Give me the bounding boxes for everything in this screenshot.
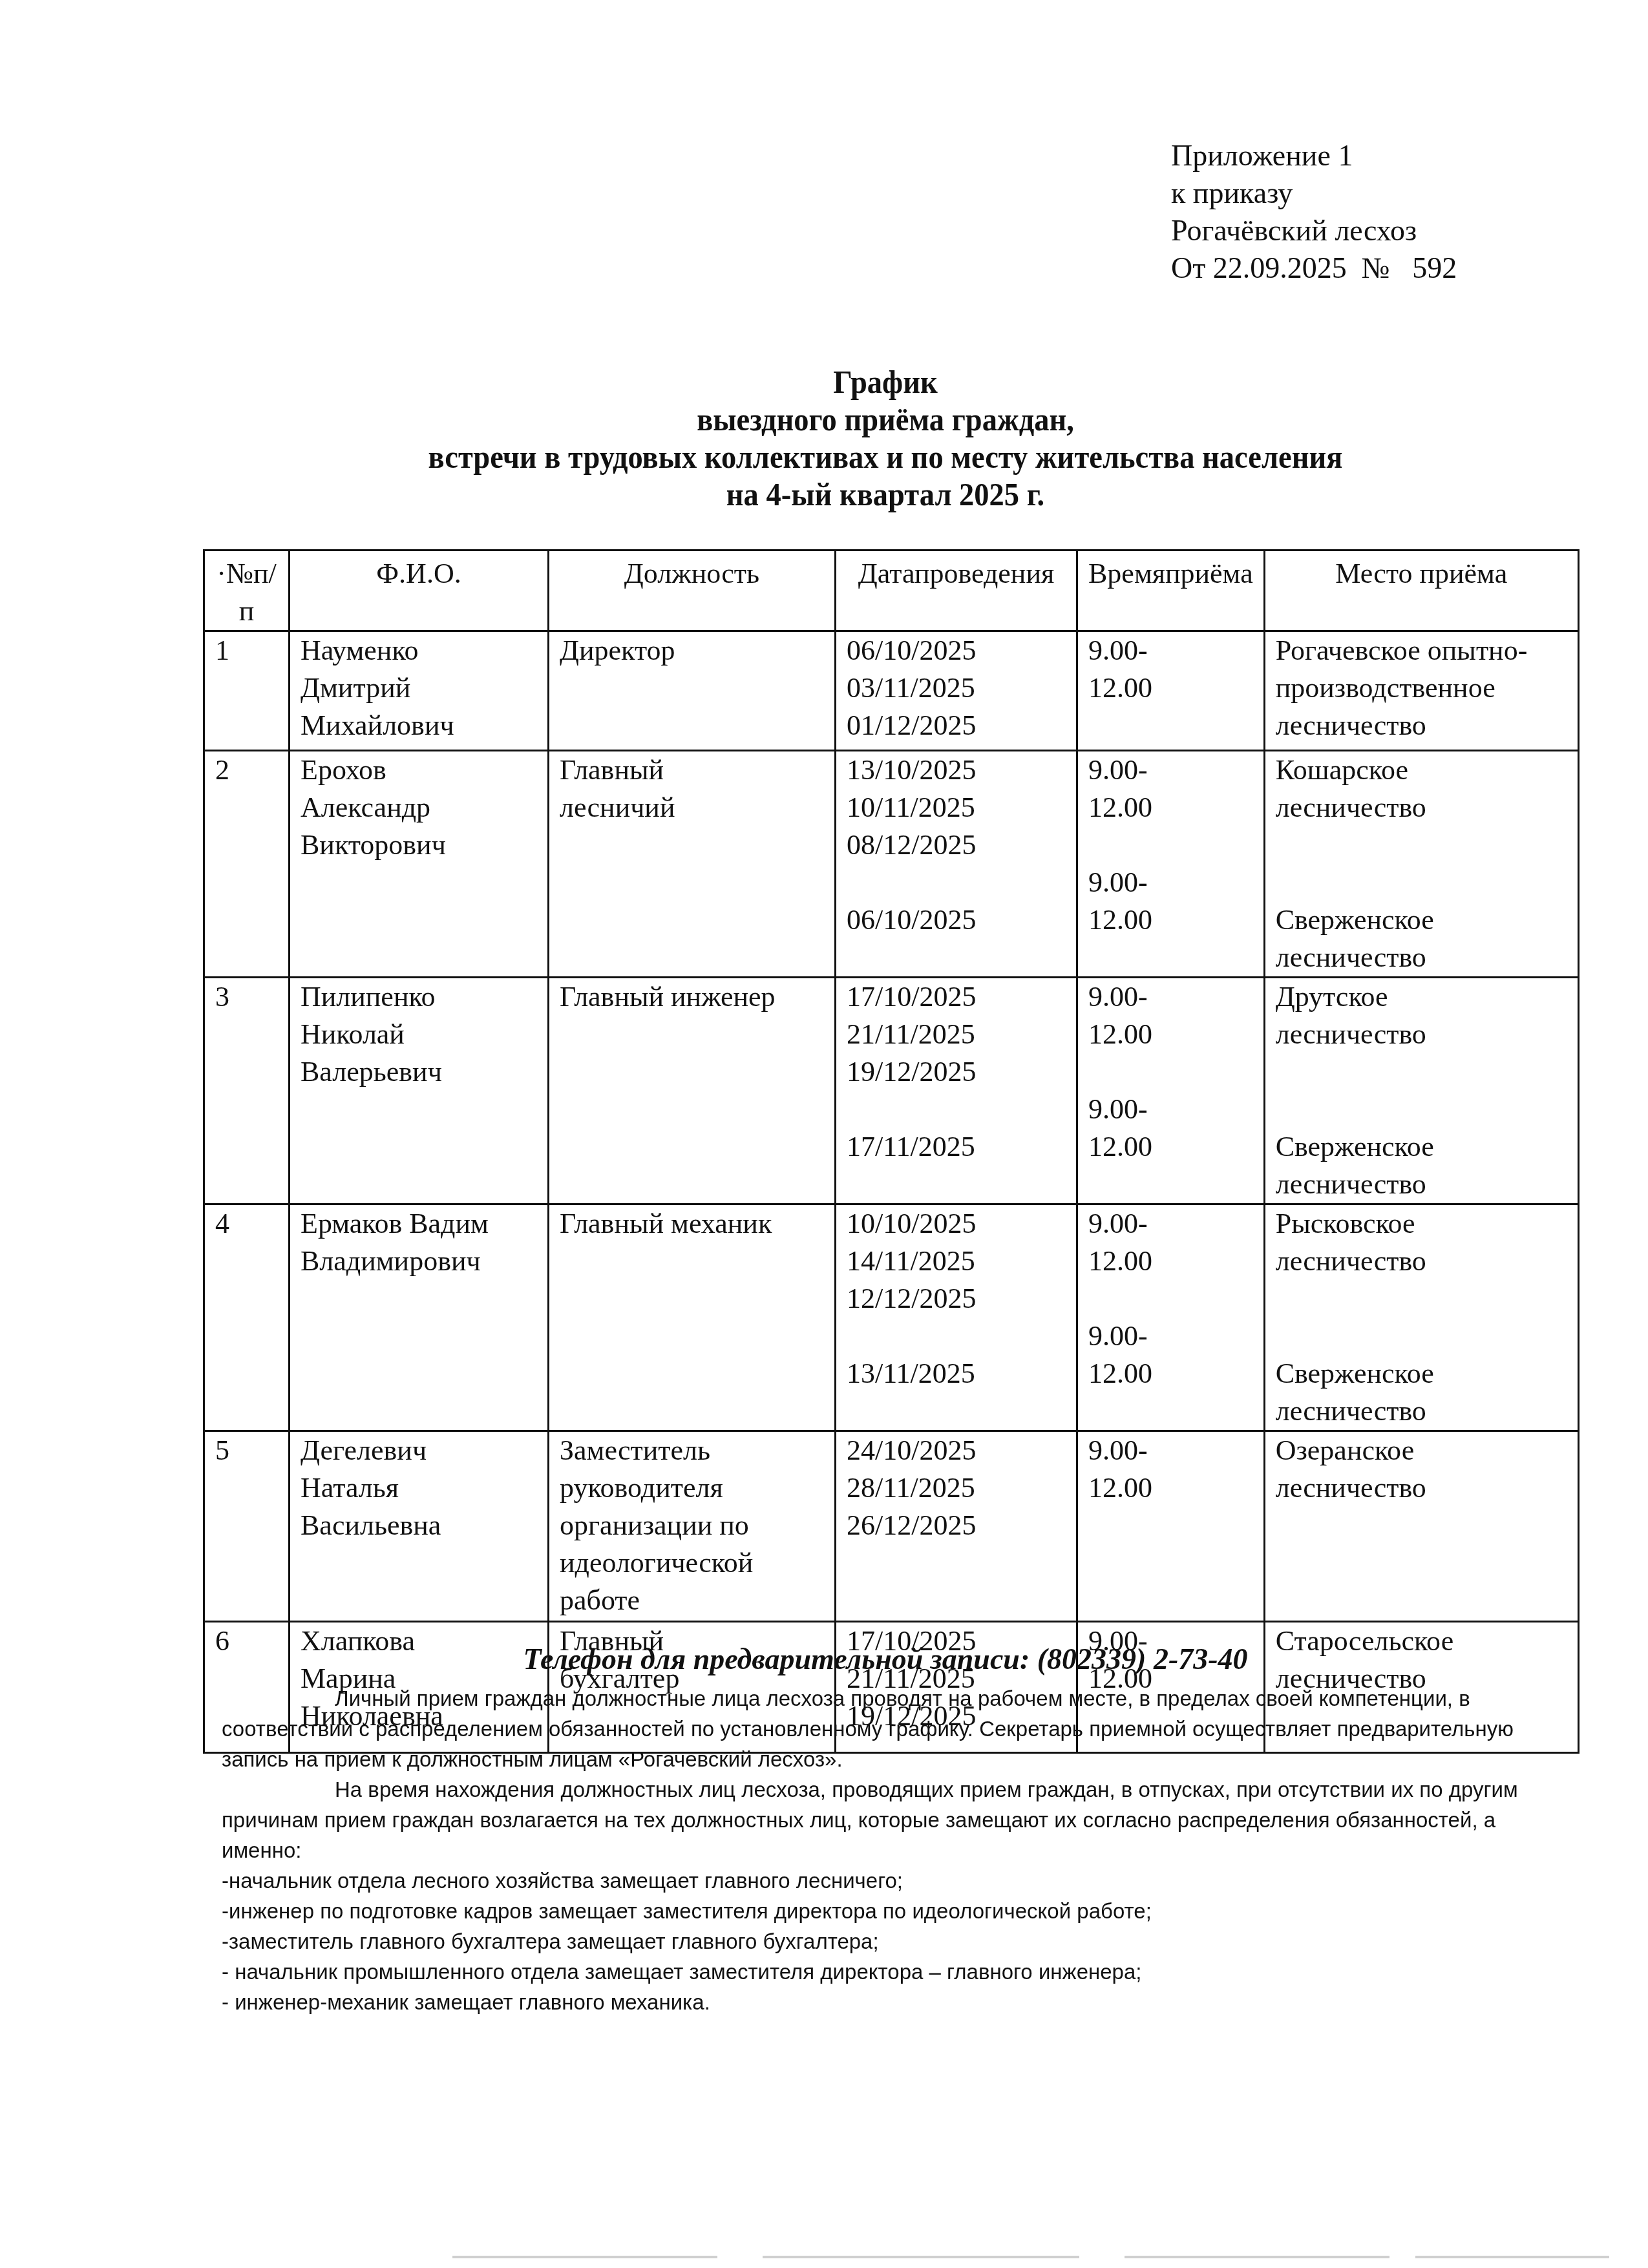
annex-reference: к приказу bbox=[1171, 174, 1457, 212]
time-value: 9.00- bbox=[1088, 1432, 1253, 1469]
spacer bbox=[1088, 1280, 1253, 1318]
time-value: 9.00- bbox=[1088, 751, 1253, 789]
title-line-2: выездного приёма граждан, bbox=[242, 401, 1528, 438]
cell-place: Озеранскоелесничество bbox=[1264, 1431, 1578, 1622]
header-position: Должность bbox=[549, 551, 836, 631]
cell-time: 9.00-12.009.00-12.00 bbox=[1077, 1204, 1265, 1431]
position-line: Директор bbox=[560, 632, 824, 669]
header-text: Ф.И.О. bbox=[376, 558, 461, 589]
date-value: 06/10/2025 bbox=[847, 632, 1066, 669]
document-title: График выездного приёма граждан, встречи… bbox=[242, 363, 1528, 513]
spacer bbox=[1276, 1053, 1567, 1091]
name-line: Дегелевич bbox=[301, 1432, 537, 1469]
place-line: Рогачевское опытно- bbox=[1276, 632, 1567, 669]
scan-artifact bbox=[1125, 2256, 1389, 2258]
table-body: 1НауменкоДмитрийМихайловичДиректор06/10/… bbox=[204, 631, 1579, 1753]
substitution-item: -заместитель главного бухгалтера замещае… bbox=[222, 1926, 1572, 1957]
name-line: Викторович bbox=[301, 826, 537, 864]
cell-number: 5 bbox=[204, 1431, 290, 1622]
spacer bbox=[847, 1091, 1066, 1128]
name-line: Васильевна bbox=[301, 1507, 537, 1544]
table-row: 5ДегелевичНатальяВасильевнаЗаместительру… bbox=[204, 1431, 1579, 1622]
spacer bbox=[1276, 864, 1567, 901]
date-value: 06/10/2025 bbox=[847, 901, 1066, 939]
position-line: работе bbox=[560, 1582, 824, 1619]
cell-full-name: ПилипенкоНиколайВалерьевич bbox=[290, 978, 549, 1204]
place-line: лесничество bbox=[1276, 1392, 1567, 1430]
header-text: Должность bbox=[624, 558, 759, 589]
cell-dates: 17/10/202521/11/202519/12/202517/11/2025 bbox=[836, 978, 1077, 1204]
cell-number: 1 bbox=[204, 631, 290, 751]
date-value: 28/11/2025 bbox=[847, 1469, 1066, 1507]
place-line: лесничество bbox=[1276, 1166, 1567, 1203]
time-value: 9.00- bbox=[1088, 1205, 1253, 1243]
date-value: 17/11/2025 bbox=[847, 1128, 1066, 1166]
header-time: Времяприёма bbox=[1077, 551, 1265, 631]
table-header-row: ·№п/п Ф.И.О. Должность Датапроведения Вр… bbox=[204, 551, 1579, 631]
cell-full-name: НауменкоДмитрийМихайлович bbox=[290, 631, 549, 751]
place-line: Сверженское bbox=[1276, 1355, 1567, 1392]
cell-number: 4 bbox=[204, 1204, 290, 1431]
time-value: 12.00 bbox=[1088, 1469, 1253, 1507]
position-line: Главный инженер bbox=[560, 978, 824, 1016]
notes-paragraph-1: Личный прием граждан должностные лица ле… bbox=[222, 1683, 1572, 1774]
date-value: 24/10/2025 bbox=[847, 1432, 1066, 1469]
date-value: 12/12/2025 bbox=[847, 1280, 1066, 1318]
time-value: 12.00 bbox=[1088, 1355, 1253, 1392]
time-value: 12.00 bbox=[1088, 901, 1253, 939]
time-value: 12.00 bbox=[1088, 1243, 1253, 1280]
header-text: Время bbox=[1088, 558, 1165, 589]
position-line: Заместитель bbox=[560, 1432, 824, 1469]
position-line: Главный bbox=[560, 751, 824, 789]
date-value: 17/10/2025 bbox=[847, 978, 1066, 1016]
spacer bbox=[1088, 826, 1253, 864]
place-line: Рысковское bbox=[1276, 1205, 1567, 1243]
cell-position: Главный механик bbox=[549, 1204, 836, 1431]
cell-full-name: ЕроховАлександрВикторович bbox=[290, 751, 549, 978]
position-line: руководителя bbox=[560, 1469, 824, 1507]
notes-section: Личный прием граждан должностные лица ле… bbox=[222, 1683, 1572, 2017]
date-value: 13/10/2025 bbox=[847, 751, 1066, 789]
header-number: ·№п/п bbox=[204, 551, 290, 631]
name-line: Владимирович bbox=[301, 1243, 537, 1280]
time-value: 12.00 bbox=[1088, 669, 1253, 707]
schedule-table: ·№п/п Ф.И.О. Должность Датапроведения Вр… bbox=[203, 549, 1579, 1754]
place-line: Сверженское bbox=[1276, 1128, 1567, 1166]
time-value: 9.00- bbox=[1088, 1318, 1253, 1355]
name-line: Валерьевич bbox=[301, 1053, 537, 1091]
substitution-item: - начальник промышленного отдела замещае… bbox=[222, 1957, 1572, 1987]
spacer bbox=[847, 1318, 1066, 1355]
name-line: Науменко bbox=[301, 632, 537, 669]
header-text: проведения bbox=[914, 558, 1054, 589]
spacer bbox=[1276, 1091, 1567, 1128]
time-value: 9.00- bbox=[1088, 978, 1253, 1016]
cell-time: 9.00-12.009.00-12.00 bbox=[1077, 978, 1265, 1204]
time-value: 9.00- bbox=[1088, 1091, 1253, 1128]
cell-number: 3 bbox=[204, 978, 290, 1204]
spacer bbox=[1276, 1318, 1567, 1355]
position-line: Главный механик bbox=[560, 1205, 824, 1243]
table-row: 1НауменкоДмитрийМихайловичДиректор06/10/… bbox=[204, 631, 1579, 751]
cell-place: Рогачевское опытно-производственноелесни… bbox=[1264, 631, 1578, 751]
row-number: 1 bbox=[215, 632, 278, 669]
cell-dates: 24/10/202528/11/202526/12/2025 bbox=[836, 1431, 1077, 1622]
cell-number: 2 bbox=[204, 751, 290, 978]
name-line: Пилипенко bbox=[301, 978, 537, 1016]
annex-header: Приложение 1 к приказу Рогачёвский лесхо… bbox=[1171, 137, 1457, 287]
spacer bbox=[1276, 826, 1567, 864]
annex-organization: Рогачёвский лесхоз bbox=[1171, 212, 1457, 249]
header-date: Датапроведения bbox=[836, 551, 1077, 631]
place-line: Друтское bbox=[1276, 978, 1567, 1016]
date-value: 14/11/2025 bbox=[847, 1243, 1066, 1280]
scan-artifact bbox=[763, 2256, 1079, 2258]
name-line: Наталья bbox=[301, 1469, 537, 1507]
cell-time: 9.00-12.00 bbox=[1077, 1431, 1265, 1622]
scan-artifact bbox=[452, 2256, 717, 2258]
name-line: Ерохов bbox=[301, 751, 537, 789]
cell-dates: 13/10/202510/11/202508/12/202506/10/2025 bbox=[836, 751, 1077, 978]
place-line: лесничество bbox=[1276, 789, 1567, 826]
spacer bbox=[1276, 1280, 1567, 1318]
spacer bbox=[847, 864, 1066, 901]
cell-position: Заместительруководителяорганизации поиде… bbox=[549, 1431, 836, 1622]
date-value: 19/12/2025 bbox=[847, 1053, 1066, 1091]
date-value: 10/10/2025 bbox=[847, 1205, 1066, 1243]
name-line: Дмитрий bbox=[301, 669, 537, 707]
header-text: ·№ bbox=[217, 558, 253, 589]
substitution-item: -инженер по подготовке кадров замещает з… bbox=[222, 1896, 1572, 1926]
header-place: Место приёма bbox=[1264, 551, 1578, 631]
time-value: 12.00 bbox=[1088, 789, 1253, 826]
header-full-name: Ф.И.О. bbox=[290, 551, 549, 631]
row-number: 5 bbox=[215, 1432, 278, 1469]
time-value: 12.00 bbox=[1088, 1016, 1253, 1053]
time-value: 9.00- bbox=[1088, 632, 1253, 669]
table-row: 3ПилипенкоНиколайВалерьевичГлавный инжен… bbox=[204, 978, 1579, 1204]
phone-line: Телефон для предварительной записи: (802… bbox=[194, 1641, 1577, 1677]
position-line: организации по bbox=[560, 1507, 824, 1544]
date-value: 21/11/2025 bbox=[847, 1016, 1066, 1053]
position-line: идеологической bbox=[560, 1544, 824, 1582]
name-line: Михайлович bbox=[301, 707, 537, 744]
place-line: лесничество bbox=[1276, 1016, 1567, 1053]
header-text: Дата bbox=[858, 558, 914, 589]
cell-dates: 06/10/202503/11/202501/12/2025 bbox=[836, 631, 1077, 751]
cell-dates: 10/10/202514/11/202512/12/202513/11/2025 bbox=[836, 1204, 1077, 1431]
substitution-item: -начальник отдела лесного хозяйства заме… bbox=[222, 1865, 1572, 1896]
cell-time: 9.00-12.009.00-12.00 bbox=[1077, 751, 1265, 978]
substitution-item: - инженер-механик замещает главного меха… bbox=[222, 1987, 1572, 2017]
cell-position: Главный инженер bbox=[549, 978, 836, 1204]
table-row: 4Ермаков ВадимВладимировичГлавный механи… bbox=[204, 1204, 1579, 1431]
place-line: производственное bbox=[1276, 669, 1567, 707]
cell-position: Главныйлесничий bbox=[549, 751, 836, 978]
title-line-4: на 4-ый квартал 2025 г. bbox=[242, 476, 1528, 513]
date-value: 26/12/2025 bbox=[847, 1507, 1066, 1544]
cell-place: ДрутскоелесничествоСверженскоелесничеств… bbox=[1264, 978, 1578, 1204]
header-text: приёма bbox=[1165, 558, 1253, 589]
place-line: Озеранское bbox=[1276, 1432, 1567, 1469]
table-row: 2ЕроховАлександрВикторовичГлавныйлесничи… bbox=[204, 751, 1579, 978]
name-line: Ермаков Вадим bbox=[301, 1205, 537, 1243]
name-line: Николай bbox=[301, 1016, 537, 1053]
position-line: лесничий bbox=[560, 789, 824, 826]
title-line-3: встречи в трудовых коллективах и по мест… bbox=[242, 438, 1528, 476]
annex-number: Приложение 1 bbox=[1171, 137, 1457, 174]
row-number: 3 bbox=[215, 978, 278, 1016]
header-text: Место приёма bbox=[1335, 558, 1507, 589]
time-value: 12.00 bbox=[1088, 1128, 1253, 1166]
scan-artifact bbox=[1415, 2256, 1609, 2258]
place-line: лесничество bbox=[1276, 1469, 1567, 1507]
place-line: Кошарское bbox=[1276, 751, 1567, 789]
date-value: 08/12/2025 bbox=[847, 826, 1066, 864]
title-line-1: График bbox=[242, 363, 1528, 401]
cell-position: Директор bbox=[549, 631, 836, 751]
date-value: 10/11/2025 bbox=[847, 789, 1066, 826]
row-number: 4 bbox=[215, 1205, 278, 1243]
place-line: лесничество bbox=[1276, 939, 1567, 976]
cell-place: РысковскоелесничествоСверженскоелесничес… bbox=[1264, 1204, 1578, 1431]
cell-full-name: ДегелевичНатальяВасильевна bbox=[290, 1431, 549, 1622]
place-line: лесничество bbox=[1276, 1243, 1567, 1280]
spacer bbox=[1088, 1053, 1253, 1091]
row-number: 2 bbox=[215, 751, 278, 789]
annex-order-date-number: От 22.09.2025 № 592 bbox=[1171, 249, 1457, 287]
cell-place: КошарскоелесничествоСверженскоелесничест… bbox=[1264, 751, 1578, 978]
date-value: 13/11/2025 bbox=[847, 1355, 1066, 1392]
notes-paragraph-2: На время нахождения должностных лиц лесх… bbox=[222, 1774, 1572, 1865]
cell-time: 9.00-12.00 bbox=[1077, 631, 1265, 751]
cell-full-name: Ермаков ВадимВладимирович bbox=[290, 1204, 549, 1431]
time-value: 9.00- bbox=[1088, 864, 1253, 901]
place-line: лесничество bbox=[1276, 707, 1567, 744]
place-line: Сверженское bbox=[1276, 901, 1567, 939]
date-value: 03/11/2025 bbox=[847, 669, 1066, 707]
name-line: Александр bbox=[301, 789, 537, 826]
date-value: 01/12/2025 bbox=[847, 707, 1066, 744]
substitution-list: -начальник отдела лесного хозяйства заме… bbox=[222, 1865, 1572, 2017]
